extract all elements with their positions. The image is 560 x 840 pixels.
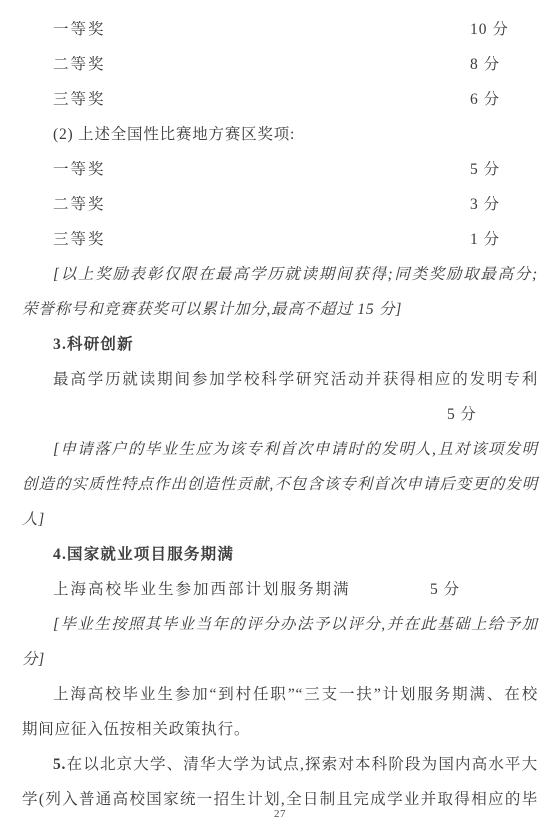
- score-row: 二等奖3 分: [22, 187, 538, 222]
- text-line: 5.在以北京大学、清华大学为试点,探索对本科阶段为国内高水平大: [22, 747, 538, 782]
- score-row: 一等奖10 分: [22, 12, 538, 47]
- award-label: 一等奖: [53, 21, 106, 38]
- section-number: 5.: [53, 756, 66, 773]
- score-row: 三等奖6 分: [22, 82, 538, 117]
- score-row: 三等奖1 分: [22, 222, 538, 257]
- text-line: (2) 上述全国性比赛地方赛区奖项:: [22, 117, 538, 152]
- award-label: 三等奖: [53, 91, 106, 108]
- section-heading: 3.科研创新: [22, 327, 538, 362]
- award-label: 三等奖: [53, 231, 106, 248]
- score-value: 3 分: [470, 187, 500, 222]
- score-value: 1 分: [470, 222, 500, 257]
- note-line: 人]: [22, 502, 538, 537]
- note-line: [以上奖励表彰仅限在最高学历就读期间获得;同类奖励取最高分;: [22, 257, 538, 292]
- page-number: 27: [0, 808, 560, 820]
- score-value: 5 分: [470, 152, 500, 187]
- note-line: 创造的实质性特点作出创造性贡献,不包含该专利首次申请后变更的发明: [22, 467, 538, 502]
- award-label: 二等奖: [53, 196, 106, 213]
- note-line: [申请落户的毕业生应为该专利首次申请时的发明人,且对该项发明: [22, 432, 538, 467]
- score-row: 一等奖5 分: [22, 152, 538, 187]
- document-page: 一等奖10 分二等奖8 分三等奖6 分(2) 上述全国性比赛地方赛区奖项:一等奖…: [0, 0, 560, 840]
- score-value: 8 分: [470, 47, 500, 82]
- document-body: 一等奖10 分二等奖8 分三等奖6 分(2) 上述全国性比赛地方赛区奖项:一等奖…: [22, 12, 538, 817]
- award-label: 二等奖: [53, 56, 106, 73]
- score-row: 二等奖8 分: [22, 47, 538, 82]
- note-line: 荣誉称号和竞赛获奖可以累计加分,最高不超过 15 分]: [22, 292, 538, 327]
- score-value: 6 分: [470, 82, 500, 117]
- text-line: 期间应征入伍按相关政策执行。: [22, 712, 538, 747]
- text-line: 最高学历就读期间参加学校科学研究活动并获得相应的发明专利: [22, 362, 538, 397]
- award-label: 上海高校毕业生参加西部计划服务期满: [53, 581, 351, 598]
- note-line: 分]: [22, 642, 538, 677]
- score-value: 5 分: [447, 406, 477, 423]
- score-row: 5 分: [22, 397, 538, 432]
- award-label: 一等奖: [53, 161, 106, 178]
- section-heading: 4.国家就业项目服务期满: [22, 537, 538, 572]
- score-value: 5 分: [430, 572, 460, 607]
- note-line: [毕业生按照其毕业当年的评分办法予以评分,并在此基础上给予加: [22, 607, 538, 642]
- score-value: 10 分: [470, 12, 509, 47]
- text-line: 上海高校毕业生参加“到村任职”“三支一扶”计划服务期满、在校: [22, 677, 538, 712]
- score-row: 上海高校毕业生参加西部计划服务期满5 分: [22, 572, 538, 607]
